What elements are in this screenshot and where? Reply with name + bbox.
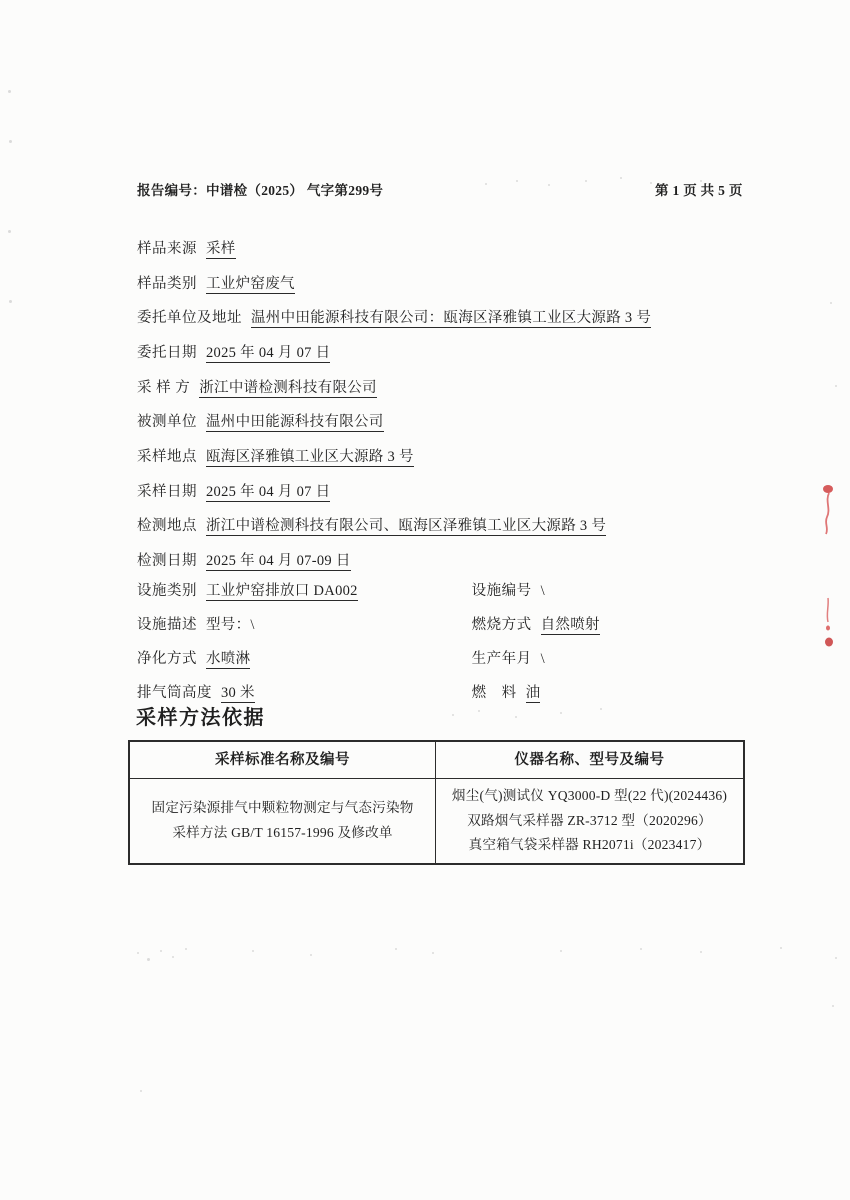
field-value: \	[541, 651, 545, 667]
field-value: 工业炉窑废气	[206, 276, 295, 294]
field-label: 样品来源	[137, 241, 197, 257]
field-label: 设施类别	[137, 583, 197, 599]
standard-line: 采样方法 GB/T 16157-1996 及修改单	[172, 821, 392, 846]
field-value: 浙江中谱检测科技有限公司、瓯海区泽雅镇工业区大源路 3 号	[206, 518, 606, 536]
field-value: 水喷淋	[206, 651, 250, 669]
field-label: 设施编号	[472, 583, 532, 599]
form-row-client-address: 委托单位及地址温州中田能源科技有限公司：瓯海区泽雅镇工业区大源路 3 号	[137, 310, 651, 327]
field-label: 委托单位及地址	[137, 310, 242, 326]
table-header-row: 采样标准名称及编号 仪器名称、型号及编号	[130, 742, 743, 779]
field-value: 自然喷射	[541, 617, 600, 635]
field-label: 被测单位	[137, 414, 197, 430]
table-cell-standard: 固定污染源排气中颗粒物测定与气态污染物 采样方法 GB/T 16157-1996…	[130, 779, 436, 863]
field-label: 燃烧方式	[472, 617, 532, 633]
form-row-sampling-party: 采 样 方浙江中谱检测科技有限公司	[137, 380, 377, 397]
form-row-test-site: 检测地点浙江中谱检测科技有限公司、瓯海区泽雅镇工业区大源路 3 号	[137, 518, 606, 535]
form-row-facility-description: 设施描述型号：\ 燃烧方式自然喷射	[137, 617, 600, 634]
form-row-purification: 净化方式水喷淋 生产年月\	[137, 651, 545, 668]
form-row-tested-unit: 被测单位温州中田能源科技有限公司	[137, 414, 384, 431]
field-value: \	[541, 583, 545, 599]
field-label: 采 样 方	[137, 380, 190, 396]
form-row-sampling-date: 采样日期2025 年 04 月 07 日	[137, 484, 330, 501]
page-indicator: 第 1 页 共 5 页	[655, 179, 743, 199]
table-header-instrument: 仪器名称、型号及编号	[436, 742, 743, 778]
field-label: 委托日期	[137, 345, 197, 361]
table-row: 固定污染源排气中颗粒物测定与气态污染物 采样方法 GB/T 16157-1996…	[130, 779, 743, 863]
instrument-line: 烟尘(气)测试仪 YQ3000-D 型(22 代)(2024436)	[452, 784, 727, 809]
form-row-facility-type: 设施类别工业炉窑排放口 DA002 设施编号\	[137, 583, 545, 600]
field-value: 浙江中谱检测科技有限公司	[199, 380, 377, 398]
field-value: 2025 年 04 月 07-09 日	[206, 553, 351, 571]
form-row-test-date: 检测日期2025 年 04 月 07-09 日	[137, 553, 351, 570]
field-label: 检测地点	[137, 518, 197, 534]
field-label: 燃 料	[472, 685, 517, 701]
field-label: 排气筒高度	[137, 685, 212, 701]
instrument-line: 双路烟气采样器 ZR-3712 型（2020296）	[467, 809, 712, 834]
field-value: 型号：\	[206, 617, 255, 633]
field-value: 温州中田能源科技有限公司：瓯海区泽雅镇工业区大源路 3 号	[251, 310, 651, 328]
instrument-line: 真空箱气袋采样器 RH2071i（2023417）	[469, 833, 711, 858]
field-label: 设施描述	[137, 617, 197, 633]
scanned-report-page: 报告编号：中谱检（2025） 气字第299号 第 1 页 共 5 页 样品来源采…	[0, 0, 850, 1200]
field-label: 采样地点	[137, 449, 197, 465]
field-label: 采样日期	[137, 484, 197, 500]
field-label: 检测日期	[137, 553, 197, 569]
report-number: 报告编号：中谱检（2025） 气字第299号	[137, 179, 383, 199]
red-pen-marks	[816, 478, 842, 654]
field-value: 油	[526, 685, 541, 703]
field-label: 净化方式	[137, 651, 197, 667]
form-row-sample-type: 样品类别工业炉窑废气	[137, 276, 295, 293]
form-row-sampling-site: 采样地点瓯海区泽雅镇工业区大源路 3 号	[137, 449, 414, 466]
field-value: 瓯海区泽雅镇工业区大源路 3 号	[206, 449, 414, 467]
field-value: 2025 年 04 月 07 日	[206, 345, 330, 363]
section-title-sampling-method: 采样方法依据	[136, 701, 265, 730]
sampling-method-table: 采样标准名称及编号 仪器名称、型号及编号 固定污染源排气中颗粒物测定与气态污染物…	[128, 740, 745, 865]
table-header-standard: 采样标准名称及编号	[130, 742, 436, 778]
field-label: 生产年月	[472, 651, 532, 667]
form-row-stack-height: 排气筒高度30 米 燃 料油	[137, 685, 540, 702]
field-value: 温州中田能源科技有限公司	[206, 414, 384, 432]
field-value: 工业炉窑排放口 DA002	[206, 583, 358, 601]
form-row-commission-date: 委托日期2025 年 04 月 07 日	[137, 345, 330, 362]
field-label: 样品类别	[137, 276, 197, 292]
table-cell-instruments: 烟尘(气)测试仪 YQ3000-D 型(22 代)(2024436) 双路烟气采…	[436, 779, 743, 863]
standard-line: 固定污染源排气中颗粒物测定与气态污染物	[151, 796, 413, 821]
field-value: 2025 年 04 月 07 日	[206, 484, 330, 502]
field-value: 采样	[206, 241, 236, 259]
form-row-sample-source: 样品来源采样	[137, 241, 236, 258]
